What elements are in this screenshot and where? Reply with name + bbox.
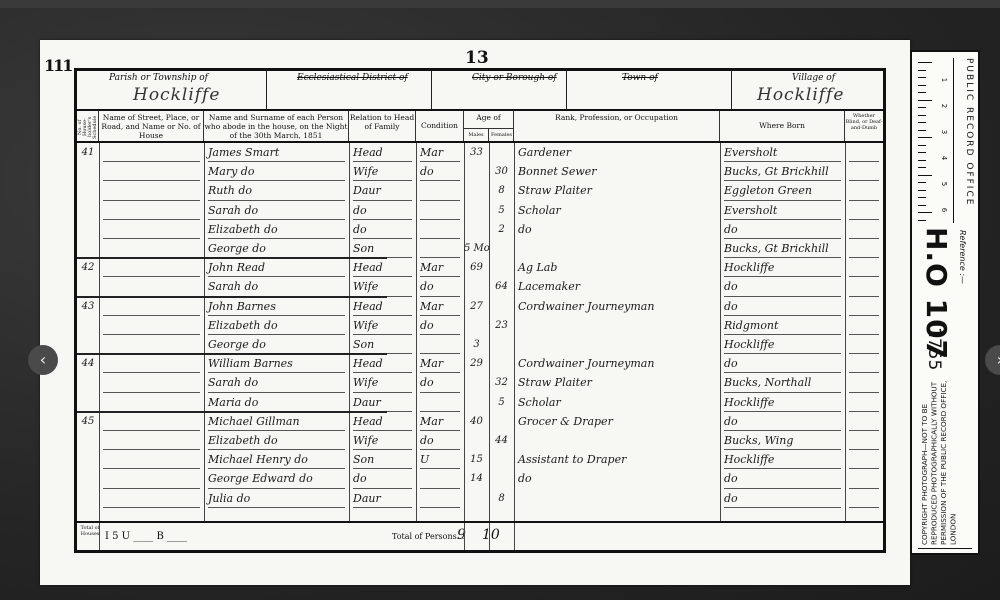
- col-age-label: Age of: [476, 113, 500, 122]
- cell-condition: do: [416, 373, 464, 392]
- cell-condition: do: [416, 431, 464, 450]
- cell-name: Michael Henry do: [204, 450, 349, 469]
- cell-occupation: Cordwainer Journeyman: [514, 354, 720, 373]
- cell-male: [464, 220, 489, 239]
- cell-born: do: [720, 354, 845, 373]
- cell-born: Hockliffe: [720, 335, 845, 354]
- cell-born: do: [720, 220, 845, 239]
- cell-schedule: [77, 277, 99, 296]
- cell-relation: Daur: [349, 489, 416, 508]
- cell-female: [489, 258, 514, 277]
- cell-male: 40: [464, 412, 489, 431]
- cell-born: Hockliffe: [720, 258, 845, 277]
- column-headers: No. of House-holder's Schedule Name of S…: [77, 111, 883, 143]
- cell-name: Sarah do: [204, 277, 349, 296]
- cell-occupation: do: [514, 469, 720, 488]
- household-separator: [77, 411, 387, 413]
- table-row: Sarah dodo5ScholarEversholt: [77, 201, 883, 220]
- cell-male: [464, 431, 489, 450]
- cell-male: 33: [464, 143, 489, 162]
- cell-schedule: [77, 335, 99, 354]
- cell-occupation: Lacemaker: [514, 277, 720, 296]
- table-row: Michael Henry doSonU15Assistant to Drape…: [77, 450, 883, 469]
- cell-occupation: [514, 489, 720, 508]
- table-row: Julia doDaur8do: [77, 489, 883, 508]
- cell-schedule: [77, 201, 99, 220]
- cell-condition: [416, 489, 464, 508]
- cell-occupation: [514, 316, 720, 335]
- total-persons-label: Total of Persons...: [392, 532, 464, 541]
- cell-schedule: 44: [77, 354, 99, 373]
- city-cell: City or Borough of: [432, 71, 567, 109]
- col-blind-deaf: Whether Blind, or Deaf-and-Dumb: [845, 111, 883, 141]
- cell-born: do: [720, 412, 845, 431]
- cell-name: George do: [204, 239, 349, 258]
- cell-occupation: Grocer & Draper: [514, 412, 720, 431]
- cell-relation: Wife: [349, 373, 416, 392]
- cell-born: Bucks, Northall: [720, 373, 845, 392]
- table-row: Mary doWifedo30Bonnet SewerBucks, Gt Bri…: [77, 162, 883, 181]
- cell-condition: [416, 469, 464, 488]
- cell-condition: do: [416, 316, 464, 335]
- cell-schedule: [77, 469, 99, 488]
- cell-condition: Mar: [416, 258, 464, 277]
- cell-schedule: 45: [77, 412, 99, 431]
- cell-schedule: [77, 181, 99, 200]
- cell-born: Eggleton Green: [720, 181, 845, 200]
- total-houses-value: I 5 U ____ B ____: [105, 531, 187, 542]
- census-rows: 41James SmartHeadMar33GardenerEversholtM…: [77, 143, 883, 521]
- cell-schedule: 42: [77, 258, 99, 277]
- ruler-number: 1: [940, 78, 948, 82]
- city-label: City or Borough of: [472, 73, 557, 83]
- cell-name: Julia do: [204, 489, 349, 508]
- cell-relation: Wife: [349, 316, 416, 335]
- cell-female: [489, 469, 514, 488]
- cell-condition: Mar: [416, 143, 464, 162]
- cell-born: Hockliffe: [720, 450, 845, 469]
- cell-born: do: [720, 469, 845, 488]
- totals-row: Total of Houses I 5 U ____ B ____ Total …: [77, 521, 883, 550]
- cell-occupation: Scholar: [514, 201, 720, 220]
- reference-label: Reference :—: [958, 230, 967, 284]
- page-number: 13: [465, 48, 489, 68]
- cell-female: [489, 354, 514, 373]
- cell-schedule: [77, 220, 99, 239]
- chevron-left-icon: ‹: [40, 350, 46, 369]
- cell-born: Eversholt: [720, 201, 845, 220]
- cell-name: Elizabeth do: [204, 316, 349, 335]
- cell-relation: do: [349, 220, 416, 239]
- cell-schedule: [77, 431, 99, 450]
- cell-female: 5: [489, 201, 514, 220]
- cell-male: [464, 373, 489, 392]
- table-row: 41James SmartHeadMar33GardenerEversholt: [77, 143, 883, 162]
- cell-occupation: [514, 239, 720, 258]
- cell-male: 29: [464, 354, 489, 373]
- cell-name: Ruth do: [204, 181, 349, 200]
- table-row: 43John BarnesHeadMar27Cordwainer Journey…: [77, 297, 883, 316]
- cell-female: 5: [489, 393, 514, 412]
- town-label: Town of: [622, 73, 658, 83]
- cell-male: [464, 316, 489, 335]
- public-record-office-strip: 123456 PUBLIC RECORD OFFICE Reference :—…: [910, 50, 980, 555]
- table-row: Sarah doWifedo32Straw PlaiterBucks, Nort…: [77, 373, 883, 392]
- cell-condition: [416, 201, 464, 220]
- cell-male: 14: [464, 469, 489, 488]
- cell-male: 3: [464, 335, 489, 354]
- cell-occupation: [514, 335, 720, 354]
- table-row: 42John ReadHeadMar69Ag LabHockliffe: [77, 258, 883, 277]
- cell-male: [464, 489, 489, 508]
- cell-schedule: [77, 239, 99, 258]
- village-label: Village of: [792, 73, 835, 83]
- cell-name: Michael Gillman: [204, 412, 349, 431]
- cell-condition: Mar: [416, 412, 464, 431]
- col-schedule: No. of House-holder's Schedule: [77, 111, 99, 141]
- col-condition: Condition: [416, 111, 464, 141]
- cell-schedule: 43: [77, 297, 99, 316]
- cell-occupation: Gardener: [514, 143, 720, 162]
- cell-schedule: [77, 316, 99, 335]
- cell-relation: Head: [349, 297, 416, 316]
- cell-relation: Head: [349, 143, 416, 162]
- table-row: Elizabeth doWifedo44Bucks, Wing: [77, 431, 883, 450]
- table-row: Sarah doWifedo64Lacemakerdo: [77, 277, 883, 296]
- table-row: George doSon3Hockliffe: [77, 335, 883, 354]
- cell-name: Sarah do: [204, 373, 349, 392]
- cell-relation: Daur: [349, 393, 416, 412]
- census-page: 111 13 Parish or Township of Hockliffe E…: [40, 40, 910, 585]
- cell-female: 8: [489, 181, 514, 200]
- household-separator: [77, 353, 387, 355]
- col-name: Name and Surname of each Person who abod…: [204, 111, 349, 141]
- district-header: Parish or Township of Hockliffe Ecclesia…: [77, 71, 883, 111]
- col-street: Name of Street, Place, or Road, and Name…: [99, 111, 204, 141]
- cell-born: Bucks, Gt Brickhill: [720, 239, 845, 258]
- cell-relation: Wife: [349, 431, 416, 450]
- cell-schedule: [77, 373, 99, 392]
- table-row: Elizabeth dodo2dodo: [77, 220, 883, 239]
- cell-condition: [416, 335, 464, 354]
- cell-male: [464, 277, 489, 296]
- cell-relation: Son: [349, 450, 416, 469]
- table-row: Maria doDaur5ScholarHockliffe: [77, 393, 883, 412]
- cell-born: Bucks, Gt Brickhill: [720, 162, 845, 181]
- col-where-born: Where Born: [720, 111, 845, 141]
- cell-born: Eversholt: [720, 143, 845, 162]
- table-row: George doSon5 MoBucks, Gt Brickhill: [77, 239, 883, 258]
- village-cell: Village of Hockliffe: [732, 71, 883, 109]
- table-row: Ruth doDaur8Straw PlaiterEggleton Green: [77, 181, 883, 200]
- cell-female: [489, 450, 514, 469]
- scale-ruler: 123456: [918, 58, 954, 223]
- cell-male: 69: [464, 258, 489, 277]
- cell-male: 15: [464, 450, 489, 469]
- cell-male: [464, 181, 489, 200]
- cell-occupation: Straw Plaiter: [514, 373, 720, 392]
- cell-born: Ridgmont: [720, 316, 845, 335]
- col-age: Age of Males Females: [464, 111, 514, 141]
- viewer-top-bar: [0, 0, 1000, 8]
- cell-name: Maria do: [204, 393, 349, 412]
- cell-male: [464, 201, 489, 220]
- cell-relation: Head: [349, 258, 416, 277]
- cell-relation: do: [349, 469, 416, 488]
- cell-condition: [416, 393, 464, 412]
- total-houses-label: Total of Houses: [79, 525, 101, 537]
- cell-female: 8: [489, 489, 514, 508]
- cell-female: [489, 335, 514, 354]
- village-value: Hockliffe: [757, 85, 844, 105]
- cell-born: Bucks, Wing: [720, 431, 845, 450]
- table-row: 45Michael GillmanHeadMar40Grocer & Drape…: [77, 412, 883, 431]
- census-table: Parish or Township of Hockliffe Ecclesia…: [74, 68, 886, 553]
- ecclesiastical-cell: Ecclesiastical District of: [267, 71, 432, 109]
- cell-born: Hockliffe: [720, 393, 845, 412]
- cell-name: Mary do: [204, 162, 349, 181]
- cell-occupation: Straw Plaiter: [514, 181, 720, 200]
- cell-born: do: [720, 297, 845, 316]
- parish-cell: Parish or Township of Hockliffe: [77, 71, 267, 109]
- col-age-females: Females: [489, 128, 514, 141]
- cell-relation: Son: [349, 335, 416, 354]
- cell-name: George Edward do: [204, 469, 349, 488]
- cell-relation: Head: [349, 354, 416, 373]
- household-separator: [77, 296, 387, 298]
- cell-relation: do: [349, 201, 416, 220]
- cell-schedule: [77, 450, 99, 469]
- cell-occupation: Scholar: [514, 393, 720, 412]
- col-occupation: Rank, Profession, or Occupation: [514, 111, 720, 141]
- col-age-males: Males: [464, 128, 489, 141]
- ruler-number: 6: [940, 208, 948, 212]
- cell-male: [464, 393, 489, 412]
- town-cell: Town of: [567, 71, 732, 109]
- household-separator: [77, 257, 387, 259]
- cell-female: 44: [489, 431, 514, 450]
- cell-condition: [416, 239, 464, 258]
- piece-number: 1755: [924, 327, 944, 370]
- col-relation: Relation to Head of Family: [349, 111, 416, 141]
- cell-name: Sarah do: [204, 201, 349, 220]
- cell-schedule: [77, 489, 99, 508]
- cell-condition: Mar: [416, 354, 464, 373]
- parish-label: Parish or Township of: [109, 73, 208, 83]
- cell-male: 27: [464, 297, 489, 316]
- cell-relation: Wife: [349, 162, 416, 181]
- cell-condition: [416, 181, 464, 200]
- ruler-number: 4: [940, 156, 948, 160]
- ruler-number: 3: [940, 130, 948, 134]
- cell-schedule: 41: [77, 143, 99, 162]
- cell-name: John Read: [204, 258, 349, 277]
- cell-occupation: Assistant to Draper: [514, 450, 720, 469]
- cell-female: [489, 412, 514, 431]
- cell-schedule: [77, 393, 99, 412]
- cell-female: [489, 239, 514, 258]
- cell-female: 30: [489, 162, 514, 181]
- parish-value: Hockliffe: [133, 85, 220, 105]
- cell-male: 5 Mo: [464, 239, 489, 258]
- cell-name: George do: [204, 335, 349, 354]
- cell-occupation: Ag Lab: [514, 258, 720, 277]
- pro-title: PUBLIC RECORD OFFICE: [964, 58, 974, 206]
- ruler-number: 2: [940, 104, 948, 108]
- cell-name: Elizabeth do: [204, 431, 349, 450]
- cell-name: Elizabeth do: [204, 220, 349, 239]
- cell-occupation: [514, 431, 720, 450]
- cell-schedule: [77, 162, 99, 181]
- cell-relation: Son: [349, 239, 416, 258]
- cell-born: do: [720, 489, 845, 508]
- copyright-notice: COPYRIGHT PHOTOGRAPH—NOT TO BE REPRODUCE…: [918, 377, 972, 549]
- cell-female: 2: [489, 220, 514, 239]
- cell-born: do: [720, 277, 845, 296]
- cell-relation: Head: [349, 412, 416, 431]
- cell-condition: [416, 220, 464, 239]
- folio-mark: 111: [44, 56, 71, 75]
- cell-condition: do: [416, 162, 464, 181]
- cell-name: James Smart: [204, 143, 349, 162]
- cell-name: John Barnes: [204, 297, 349, 316]
- cell-female: 32: [489, 373, 514, 392]
- ruler-number: 5: [940, 182, 948, 186]
- cell-condition: do: [416, 277, 464, 296]
- cell-condition: Mar: [416, 297, 464, 316]
- cell-female: [489, 143, 514, 162]
- cell-female: [489, 297, 514, 316]
- cell-condition: U: [416, 450, 464, 469]
- cell-name: William Barnes: [204, 354, 349, 373]
- cell-occupation: Cordwainer Journeyman: [514, 297, 720, 316]
- cell-female: 64: [489, 277, 514, 296]
- cell-occupation: do: [514, 220, 720, 239]
- cell-male: [464, 162, 489, 181]
- cell-female: 23: [489, 316, 514, 335]
- total-females: 10: [482, 527, 500, 543]
- previous-image-button[interactable]: ‹: [28, 345, 58, 375]
- cell-relation: Wife: [349, 277, 416, 296]
- table-row: Elizabeth doWifedo23Ridgmont: [77, 316, 883, 335]
- cell-occupation: Bonnet Sewer: [514, 162, 720, 181]
- cell-relation: Daur: [349, 181, 416, 200]
- ecclesiastical-label: Ecclesiastical District of: [297, 73, 408, 83]
- table-row: George Edward dodo14dodo: [77, 469, 883, 488]
- table-row: 44William BarnesHeadMar29Cordwainer Jour…: [77, 354, 883, 373]
